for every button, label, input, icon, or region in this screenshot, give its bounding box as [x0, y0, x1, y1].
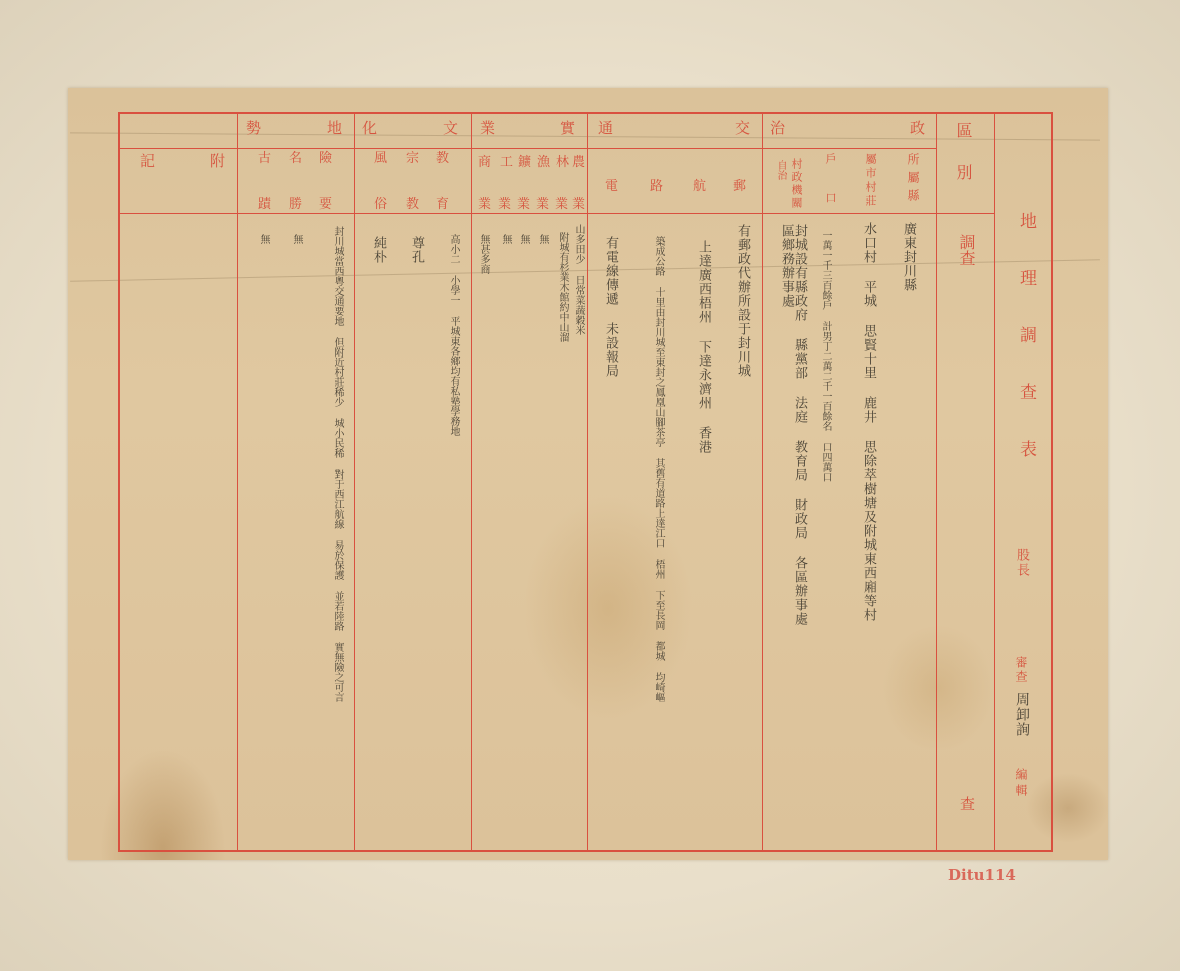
reviewer-label: 審查	[1013, 656, 1030, 684]
subheader-historic: 古	[258, 152, 271, 165]
subheader-craft: 工	[500, 156, 513, 169]
header-char: 通	[598, 121, 613, 136]
header-char: 附	[210, 154, 225, 169]
subheader-telegraph: 電	[605, 180, 618, 193]
header-char: 文	[443, 121, 458, 136]
subheader-suffix: 業	[536, 198, 549, 211]
entry-households: 一萬一千三百餘戶 計男丁二萬二千一百餘名 口四萬口	[820, 230, 830, 530]
subheader-postal: 郵	[733, 180, 746, 193]
subheader-forestry: 林	[556, 156, 569, 169]
subheader-county: 所屬縣	[905, 153, 922, 207]
entry-historic: 無	[258, 234, 268, 244]
header-char: 交	[735, 121, 750, 136]
subheader-education: 教	[436, 152, 449, 165]
subheader-village-admin: 村政機關	[788, 158, 804, 210]
header-transport: 交通	[598, 121, 750, 136]
subheader-suffix: 業	[478, 198, 491, 211]
header-district-sub: 調查	[955, 234, 978, 266]
header-char: 治	[770, 121, 785, 136]
subheader-customs: 風	[374, 152, 387, 165]
entry-telegraph: 有電線傳遞 未設報局	[604, 236, 617, 378]
entry-fishery: 無	[537, 234, 547, 244]
header-char: 政	[910, 121, 925, 136]
subheader-shipping: 航	[693, 180, 706, 193]
header-char: 地	[327, 121, 342, 136]
subheader-strategic: 險	[319, 152, 332, 165]
header-char: 記	[140, 154, 155, 169]
entry-village-admin: 封城設有縣政府 縣黨部 法庭 教育局 財政局 各區辦事處 區鄉務辦事處	[780, 224, 806, 634]
column-divider	[936, 114, 937, 850]
header-divider	[120, 148, 936, 149]
header-char: 勢	[246, 121, 261, 136]
check-label: 查	[957, 796, 978, 811]
column-divider	[994, 114, 995, 850]
subheader-suffix: 業	[572, 198, 585, 211]
subheader-fishery: 漁	[537, 156, 550, 169]
column-divider	[762, 114, 763, 850]
column-divider	[471, 114, 472, 850]
header-char: 業	[480, 121, 495, 136]
subheader-suffix: 要	[319, 198, 332, 211]
column-divider	[354, 114, 355, 850]
subheader-mining: 鑛	[518, 156, 531, 169]
entry-roads: 築成公路 十里由封川城至東封之鳳凰山腳茶亭 其舊有道路上達江口 梧州 下至長岡 …	[653, 236, 663, 786]
subheader-villages: 屬市村莊	[862, 153, 878, 209]
document-title: 地理調查表	[1014, 212, 1039, 497]
entry-strategic: 封川城當西粵交通要地 但附近村莊稀少 城小民稀 對于西江航線 易於保護 並若陸路…	[332, 226, 342, 836]
header-politics: 政治	[770, 121, 925, 136]
subheader-agriculture: 農	[572, 156, 585, 169]
subheader-scenic: 名	[289, 152, 302, 165]
header-culture: 文化	[362, 121, 458, 136]
subheader-households: 戶口	[822, 153, 838, 231]
chief-label: 股長	[1012, 548, 1031, 578]
editor-label: 編輯	[1013, 768, 1030, 800]
subheader-commerce: 商	[478, 156, 491, 169]
header-notes: 附記	[140, 154, 225, 169]
header-industry: 實業	[480, 121, 575, 136]
header-char: 實	[560, 121, 575, 136]
header-geography: 地勢	[246, 121, 342, 136]
entry-customs: 純朴	[372, 236, 385, 264]
subheader-suffix: 勝	[289, 198, 302, 211]
entry-agriculture: 山多田少 日常菜蔬穀米	[573, 224, 583, 335]
entry-mining: 無	[518, 234, 528, 244]
subheader-suffix: 業	[517, 198, 530, 211]
subheader-suffix: 業	[555, 198, 568, 211]
reviewer-name: 周卸詢	[1012, 692, 1032, 737]
entry-villages: 水口村 平城 思賢十里 鹿井 思除萃樹塘及附城東西廂等村	[862, 222, 875, 622]
entry-county: 廣東封川縣	[902, 222, 915, 292]
subheader-suffix: 俗	[374, 198, 387, 211]
entry-forestry: 附城有杉業木館約中山溜	[557, 232, 567, 342]
subheader-suffix: 育	[436, 198, 449, 211]
entry-craft: 無	[500, 234, 510, 244]
subheader-religion: 宗	[406, 152, 419, 165]
header-divider	[120, 213, 994, 214]
subheader-autonomy: 自治	[773, 160, 788, 180]
entry-commerce: 無甚多商	[478, 234, 488, 274]
subheader-suffix: 蹟	[258, 198, 271, 211]
subheader-roads: 路	[650, 180, 663, 193]
header-char: 化	[362, 121, 377, 136]
subheader-suffix: 教	[406, 198, 419, 211]
watermark: Ditu114	[948, 866, 1016, 884]
subheader-suffix: 業	[498, 198, 511, 211]
entry-shipping: 上達廣西梧州 下達永濟州 香港	[697, 240, 710, 454]
entry-scenic: 無	[291, 234, 301, 244]
entry-education: 高小二 小學一 平城東各鄉均有私塾學務地	[448, 234, 458, 614]
entry-postal: 有郵政代辦所設于封川城	[736, 224, 749, 378]
column-divider	[237, 114, 238, 850]
column-divider	[587, 114, 588, 850]
entry-religion: 尊孔	[410, 236, 423, 264]
header-district: 區別	[955, 122, 971, 206]
